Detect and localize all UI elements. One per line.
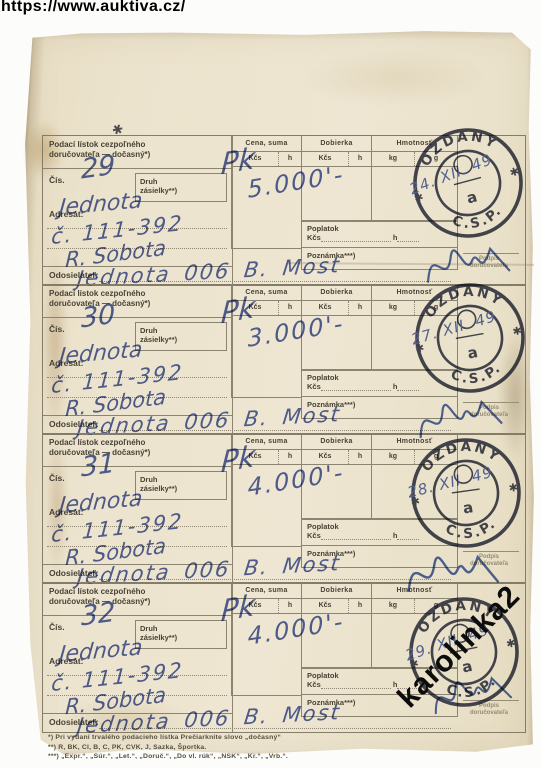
form-title: Podací lístok cezpoľného doručovateľa — …: [43, 285, 232, 318]
addressee-label: Adresát:: [49, 209, 83, 219]
dotted-line: [47, 695, 227, 696]
kcs-unit: Kčs: [302, 301, 349, 315]
form-title-line2: doručovateľa — dočasný*): [49, 150, 232, 160]
number-label: Čís.: [49, 622, 65, 632]
fee-kcs-label: Kčs: [307, 233, 321, 242]
cod-header: Dobierka: [302, 136, 371, 152]
addressee-label: Adresát:: [49, 656, 83, 666]
number-label: Čís.: [49, 473, 65, 483]
shipment-type-label-1: Druh: [140, 177, 226, 186]
dotted-line: [47, 248, 227, 249]
shipment-type-label-2: zásielky**): [140, 633, 226, 642]
cod-column: Dobierka Kčsh: [301, 136, 371, 221]
form-title: Podací lístok cezpoľného doručovateľa — …: [43, 583, 232, 616]
number-label: Čís.: [49, 175, 65, 185]
h-unit: h: [349, 301, 371, 315]
cod-header: Dobierka: [302, 583, 371, 599]
sender-divider: [43, 266, 232, 267]
sender-divider: [43, 713, 232, 714]
star-ornament: ✱: [508, 481, 519, 495]
shipment-type-box: Druh zásielky**): [135, 322, 227, 351]
dotted-line: [99, 430, 451, 431]
price-header: Cena, suma: [232, 434, 301, 450]
h-unit: h: [279, 152, 301, 166]
kcs-unit: Kčs: [302, 450, 349, 464]
form-title: Podací lístok cezpoľného doručovateľa — …: [43, 434, 232, 467]
svg-text:a: a: [466, 343, 479, 362]
price-column: Cena, suma Kčsh: [231, 285, 301, 398]
shipment-type-label-1: Druh: [140, 624, 226, 633]
star-ornament: ✱: [511, 324, 522, 338]
form-title-line1: Podací lístok cezpoľného: [49, 140, 232, 150]
number-label: Čís.: [49, 324, 65, 334]
shipment-type-label-2: zásielky**): [140, 335, 226, 344]
kcs-unit: Kčs: [232, 152, 279, 166]
h-unit: h: [349, 152, 371, 166]
dotted-leader: [321, 382, 391, 391]
cod-header: Dobierka: [302, 285, 371, 301]
kcs-unit: Kčs: [232, 450, 279, 464]
h-unit: h: [279, 599, 301, 613]
form-title-line1: Podací lístok cezpoľného: [49, 587, 232, 597]
shipment-type-box: Druh zásielky**): [135, 471, 227, 500]
cod-column: Dobierka Kčsh: [301, 285, 371, 370]
shipment-type-label-2: zásielky**): [140, 186, 226, 195]
left-block: Podací lístok cezpoľného doručovateľa — …: [43, 136, 233, 285]
left-block: Podací lístok cezpoľného doručovateľa — …: [43, 285, 233, 434]
dotted-line: [99, 728, 451, 729]
left-block: Podací lístok cezpoľného doručovateľa — …: [43, 583, 233, 732]
sender-label: Odosielateľ:: [49, 568, 99, 578]
form-title-line1: Podací lístok cezpoľného: [49, 289, 232, 299]
price-header: Cena, suma: [232, 136, 301, 152]
watermark-url: https://www.auktiva.cz/: [1, 0, 186, 16]
h-unit: h: [349, 450, 371, 464]
footnote-1: *) Pri vydaní trvalého podacieho lístka …: [48, 733, 468, 743]
dotted-leader: [321, 531, 391, 540]
form-title-line2: doručovateľa — dočasný*): [49, 448, 232, 458]
signature-scribble: [416, 226, 520, 303]
fee-kcs-label: Kčs: [307, 531, 321, 540]
kcs-unit: Kčs: [232, 301, 279, 315]
fee-kcs-label: Kčs: [307, 680, 321, 689]
shipment-type-box: Druh zásielky**): [135, 173, 227, 202]
h-unit: h: [349, 599, 371, 613]
shipment-type-box: Druh zásielky**): [135, 620, 227, 649]
svg-text:a: a: [465, 187, 479, 207]
dotted-leader: [321, 680, 391, 689]
footnotes: *) Pri vydaní trvalého podacieho lístka …: [48, 733, 468, 762]
form-title: Podací lístok cezpoľného doručovateľa — …: [43, 136, 232, 169]
kcs-unit: Kčs: [232, 599, 279, 613]
price-header: Cena, suma: [232, 285, 301, 301]
kcs-unit: Kčs: [302, 152, 349, 166]
dotted-line: [47, 675, 227, 676]
left-block: Podací lístok cezpoľného doručovateľa — …: [43, 434, 233, 583]
dotted-line: [47, 526, 227, 527]
h-unit: h: [279, 301, 301, 315]
cod-header: Dobierka: [302, 434, 371, 450]
shipment-type-label-1: Druh: [140, 326, 226, 335]
addressee-label: Adresát:: [49, 507, 83, 517]
h-unit: h: [279, 450, 301, 464]
dotted-line: [47, 377, 227, 378]
price-column: Cena, suma Kčsh: [231, 434, 301, 547]
svg-text:a: a: [462, 498, 475, 517]
price-column: Cena, suma Kčsh: [231, 583, 301, 696]
dotted-line: [47, 546, 227, 547]
dotted-line: [99, 281, 451, 282]
shipment-type-label-1: Druh: [140, 475, 226, 484]
form-title-line2: doručovateľa — dočasný*): [49, 299, 232, 309]
footnote-3: ***) „Expr.“, „Súr.“, „Let.“, „Doruč.“, …: [48, 752, 468, 762]
kcs-unit: Kčs: [302, 599, 349, 613]
fee-kcs-label: Kčs: [307, 382, 321, 391]
dotted-line: [47, 228, 227, 229]
sender-divider: [43, 415, 232, 416]
shipment-type-label-2: zásielky**): [140, 484, 226, 493]
dotted-leader: [321, 233, 391, 242]
addressee-label: Adresát:: [49, 358, 83, 368]
sender-label: Odosielateľ:: [49, 270, 99, 280]
scanned-document-page: ✱ Podací lístok cezpoľného doručovateľa …: [0, 0, 542, 768]
price-header: Cena, suma: [232, 583, 301, 599]
cod-column: Dobierka Kčsh: [301, 434, 371, 519]
dotted-line: [47, 397, 227, 398]
sender-divider: [43, 564, 232, 565]
cod-column: Dobierka Kčsh: [301, 583, 371, 668]
sender-label: Odosielateľ:: [49, 419, 99, 429]
price-column: Cena, suma Kčsh: [231, 136, 301, 249]
form-title-line2: doručovateľa — dočasný*): [49, 597, 232, 607]
sender-label: Odosielateľ:: [49, 717, 99, 727]
form-title-line1: Podací lístok cezpoľného: [49, 438, 232, 448]
footnote-2: **) R, BK, Cl, B, C, PK, CVK, J, Sazka, …: [48, 743, 468, 753]
